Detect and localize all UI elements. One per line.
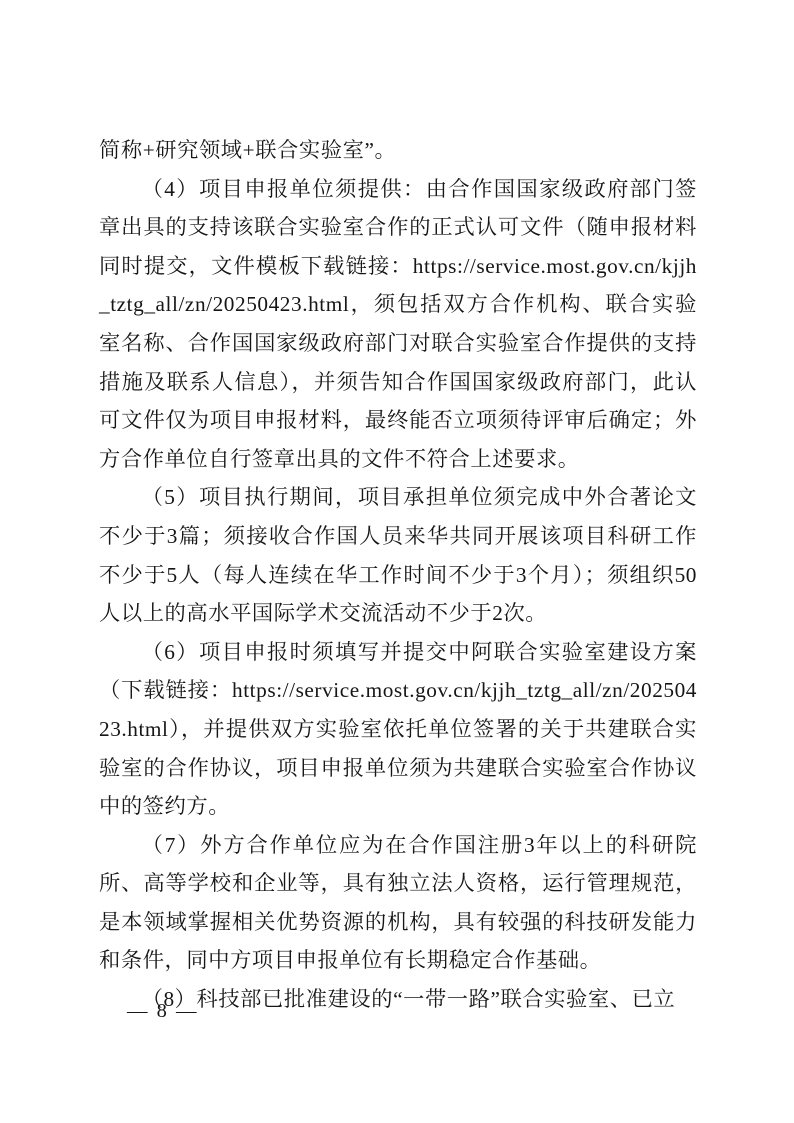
- paragraph-item-7: （7）外方合作单位应为在合作国注册3年以上的科研院所、高等学校和企业等，具有独立…: [99, 826, 697, 980]
- page-number: — 8 —: [127, 1000, 199, 1023]
- document-page: 简称+研究领域+联合实验室”。 （4）项目申报单位须提供：由合作国国家级政府部门…: [0, 0, 794, 1123]
- document-body: 简称+研究领域+联合实验室”。 （4）项目申报单位须提供：由合作国国家级政府部门…: [99, 131, 697, 1019]
- paragraph-item-4: （4）项目申报单位须提供：由合作国国家级政府部门签章出具的支持该联合实验室合作的…: [99, 170, 697, 479]
- paragraph-continuation: 简称+研究领域+联合实验室”。: [99, 131, 697, 170]
- paragraph-item-5: （5）项目执行期间，项目承担单位须完成中外合著论文不少于3篇；须接收合作国人员来…: [99, 478, 697, 632]
- paragraph-item-6: （6）项目申报时须填写并提交中阿联合实验室建设方案（下载链接：https://s…: [99, 633, 697, 826]
